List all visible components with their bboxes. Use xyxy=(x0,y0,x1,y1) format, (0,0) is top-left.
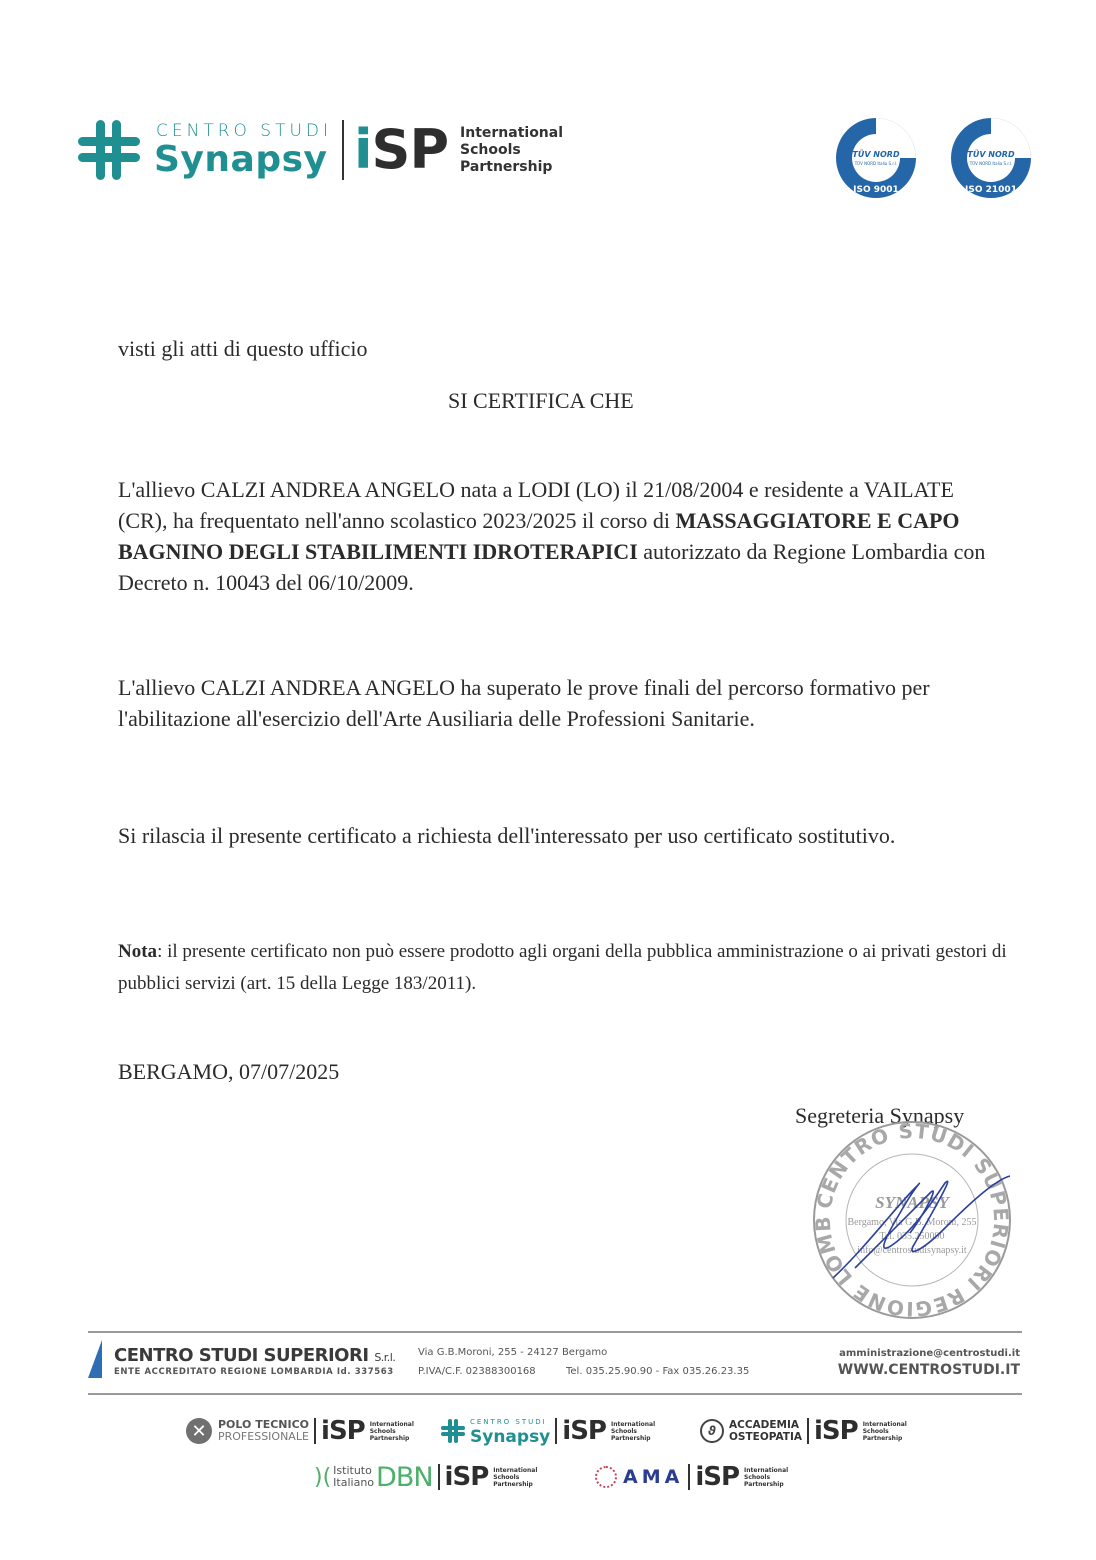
paragraph-issuance: Si rilascia il presente certificato a ri… xyxy=(118,820,998,851)
polo-x-icon: ✕ xyxy=(186,1418,212,1444)
isp-tagline: International Schools Partnership xyxy=(460,125,563,176)
partner-ama: AMA iSP InternationalSchoolsPartnership xyxy=(595,1461,788,1493)
intro-line: visti gli atti di questo ufficio xyxy=(118,333,368,364)
paragraph-exam-result: L'allievo CALZI ANDREA ANGELO ha superat… xyxy=(118,672,998,734)
place-date: BERGAMO, 07/07/2025 xyxy=(118,1056,339,1087)
company-phone-fax: Tel. 035.25.90.90 - Fax 035.26.23.35 xyxy=(566,1366,749,1377)
company-address: Via G.B.Moroni, 255 - 24127 Bergamo xyxy=(418,1347,607,1358)
company-logo-mark-icon xyxy=(88,1340,102,1378)
logo-divider xyxy=(342,120,344,180)
isp-logo: iSP xyxy=(354,123,448,177)
partner-istituto-dbn: )( IstitutoItaliano DBN iSP Internationa… xyxy=(314,1461,537,1493)
partner-accademia-osteopatia: ϑ ACCADEMIAOSTEOPATIA iSP InternationalS… xyxy=(700,1415,907,1447)
certificate-heading: SI CERTIFICA CHE xyxy=(448,385,634,416)
partner-synapsy: CENTRO STUDISynapsy iSP InternationalSch… xyxy=(440,1415,655,1447)
official-stamp: CENTRO STUDI SUPERIORI REGIONE LOMBARDIA… xyxy=(805,1118,1020,1323)
logo-centro-studi: CENTRO STUDI xyxy=(156,123,332,140)
ama-ring-icon xyxy=(595,1466,617,1488)
footer-rule-bottom xyxy=(88,1393,1022,1395)
company-accreditation: ENTE ACCREDITATO REGIONE LOMBARDIA Id. 3… xyxy=(114,1367,394,1377)
synapsy-cross-icon xyxy=(440,1418,466,1444)
synapsy-isp-logo: CENTRO STUDI Synapsy iSP International S… xyxy=(78,112,563,188)
partner-polo-tecnico: ✕ POLO TECNICOPROFESSIONALE iSP Internat… xyxy=(186,1415,414,1447)
paragraph-enrollment: L'allievo CALZI ANDREA ANGELO nata a LOD… xyxy=(118,474,998,598)
company-vat: P.IVA/C.F. 02388300168 xyxy=(418,1366,536,1377)
synapsy-cross-icon xyxy=(78,118,142,182)
iso-9001-badge: TÜV NORD TÜV NORD Italia S.r.l. ISO 9001 xyxy=(836,118,916,198)
company-email: amministrazione@centrostudi.it xyxy=(839,1348,1020,1359)
footer-rule-top xyxy=(88,1331,1022,1333)
note-paragraph: Nota: il presente certificato non può es… xyxy=(118,936,1018,1000)
company-website: WWW.CENTROSTUDI.IT xyxy=(838,1362,1020,1378)
company-name: CENTRO STUDI SUPERIORI S.r.l. xyxy=(114,1345,395,1366)
dbn-figure-icon: )( xyxy=(314,1465,331,1490)
iso-21001-badge: TÜV NORD TÜV NORD Italia S.r.l. ISO 2100… xyxy=(951,118,1031,198)
logo-synapsy: Synapsy xyxy=(154,142,332,178)
osteopatia-icon: ϑ xyxy=(700,1419,724,1443)
